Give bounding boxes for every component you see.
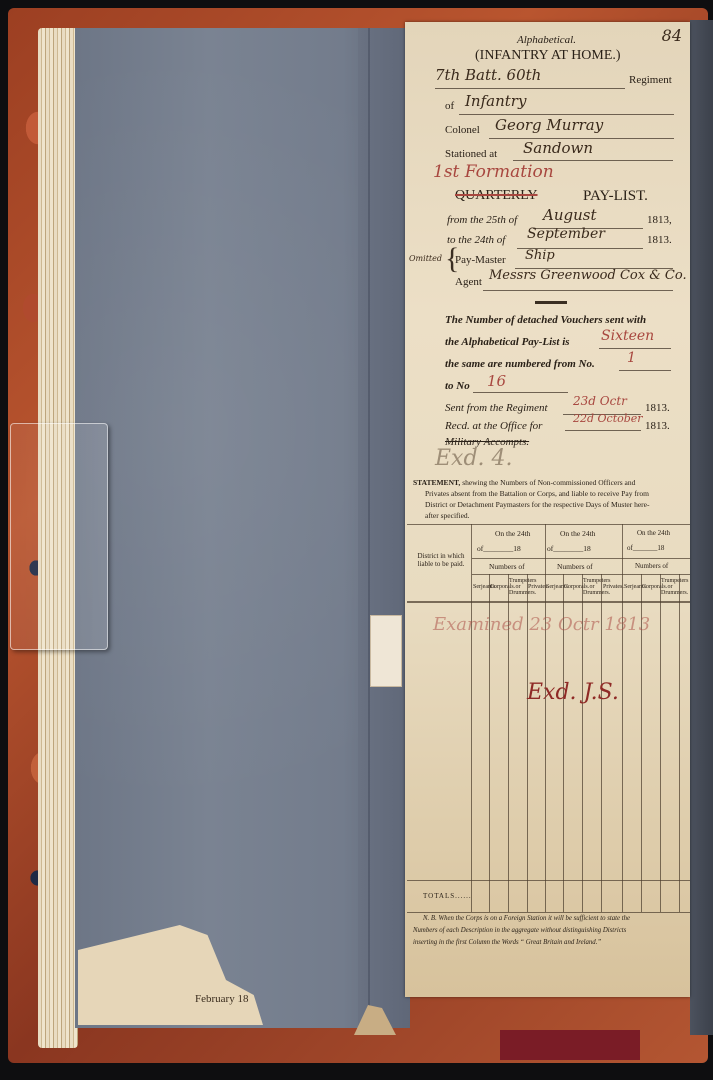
received-year: 1813.: [645, 420, 670, 432]
note-line-3: inserting in the first Column the Words …: [413, 939, 601, 946]
board-crease: [368, 28, 370, 1028]
group-3-date: On the 24th: [637, 529, 670, 537]
group-1-of: of________18: [477, 544, 521, 553]
omitted-margin-note: Omitted: [409, 254, 442, 263]
received-label: Recd. at the Office for: [445, 420, 542, 432]
handwritten-examined-note: Examined 23 Octr 1813: [433, 614, 650, 635]
from-month: August: [543, 206, 596, 224]
pay-list-title: PAY-LIST.: [583, 188, 648, 205]
group-3-of: of_______18: [627, 544, 664, 552]
subcol-corporals: Corporals.: [490, 584, 508, 590]
statement-lead: STATEMENT,: [413, 478, 460, 487]
to-year: 1813.: [647, 234, 672, 246]
regiment-value: 7th Batt. 60th: [435, 66, 541, 84]
subcol-drummers: Trumpeters or Drummers.: [583, 578, 601, 596]
type-label: Alphabetical.: [517, 34, 576, 46]
colonel-label: Colonel: [445, 124, 480, 136]
struck-quarterly: QUARTERLY: [455, 188, 538, 204]
from-label: from the 25th of: [447, 214, 517, 226]
formation-note: 1st Formation: [433, 162, 554, 182]
totals-label: TOTALS......: [423, 892, 472, 900]
vouchers-to-number: 16: [487, 372, 506, 390]
vouchers-line-2-label: the Alphabetical Pay-List is: [445, 336, 570, 348]
colonel-value: Georg Murray: [495, 116, 603, 134]
subcol-serjeants: Serjeants.: [546, 584, 562, 590]
board-fold: [358, 28, 410, 1028]
subcol-corporals: Corporals.: [564, 584, 582, 590]
stationed-label: Stationed at: [445, 148, 497, 160]
to-month: September: [527, 226, 605, 242]
statement-line-1: STATEMENT, shewing the Numbers of Non-co…: [413, 478, 635, 487]
paper-tab-window: [370, 615, 402, 687]
glass-page-clip: [10, 423, 108, 650]
sent-year: 1813.: [645, 402, 670, 414]
group-2-date: On the 24th: [560, 529, 595, 538]
subcol-drummers: Trumpeters or Drummers.: [509, 578, 527, 596]
subcol-serjeants: Serjeants.: [473, 584, 489, 590]
district-column-header: District in which liable to be paid.: [413, 552, 469, 568]
group-1-numbers-of: Numbers of: [489, 562, 525, 571]
sent-date: 23d Octr: [573, 394, 627, 408]
statement-line-4: after specified.: [425, 511, 470, 520]
statement-text-1: shewing the Numbers of Non-commissioned …: [462, 478, 635, 487]
vouchers-from-number: 1: [627, 350, 636, 366]
vouchers-count: Sixteen: [601, 328, 654, 344]
subcol-drummers: Trumpeters or Drummers.: [661, 578, 679, 596]
subcol-serjeants: Serjeants.: [624, 584, 640, 590]
from-year: 1813,: [647, 214, 672, 226]
note-line-1: N. B. When the Corps is on a Foreign Sta…: [423, 915, 630, 922]
sent-label: Sent from the Regiment: [445, 402, 548, 414]
paymaster-label: Pay-Master: [455, 254, 506, 266]
statement-line-3: District or Detachment Paymasters for th…: [425, 500, 650, 509]
subcol-privates: Privates.: [528, 584, 544, 590]
vouchers-line-4-label: to No: [445, 380, 470, 392]
subcol-corporals: Corporals.: [642, 584, 660, 590]
note-line-2: Numbers of each Description in the aggre…: [413, 927, 626, 934]
stationed-value: Sandown: [523, 139, 593, 157]
paymaster-value: Ship: [525, 248, 555, 263]
of-value: Infantry: [465, 92, 526, 110]
right-board-edge: [690, 20, 713, 1035]
pay-list-document: 84 Alphabetical. (INFANTRY AT HOME.) 7th…: [405, 22, 690, 997]
statement-line-2: Privates absent from the Battalion or Co…: [425, 489, 649, 498]
vouchers-line-1: The Number of detached Vouchers sent wit…: [445, 314, 646, 326]
document-title: (INFANTRY AT HOME.): [475, 48, 621, 64]
regiment-label: Regiment: [629, 74, 672, 86]
handwritten-signature: Exd. J.S.: [527, 680, 619, 705]
group-1-date: On the 24th: [495, 529, 530, 538]
group-2-numbers-of: Numbers of: [557, 562, 593, 571]
handwritten-initials: Exd. 4.: [435, 446, 513, 471]
cover-spine-cloth: [500, 1030, 640, 1060]
vouchers-line-3-label: the same are numbered from No.: [445, 358, 595, 370]
group-2-of: of________18: [547, 544, 591, 553]
previous-page-date: February 18: [195, 993, 248, 1005]
received-date: 22d October: [573, 412, 643, 425]
subcol-privates: Privates.: [603, 584, 619, 590]
page-number: 84: [662, 26, 682, 45]
of-label: of: [445, 100, 454, 112]
agent-label: Agent: [455, 276, 482, 288]
agent-value: Messrs Greenwood Cox & Co.: [489, 268, 687, 283]
group-3-numbers-of: Numbers of: [635, 562, 668, 570]
